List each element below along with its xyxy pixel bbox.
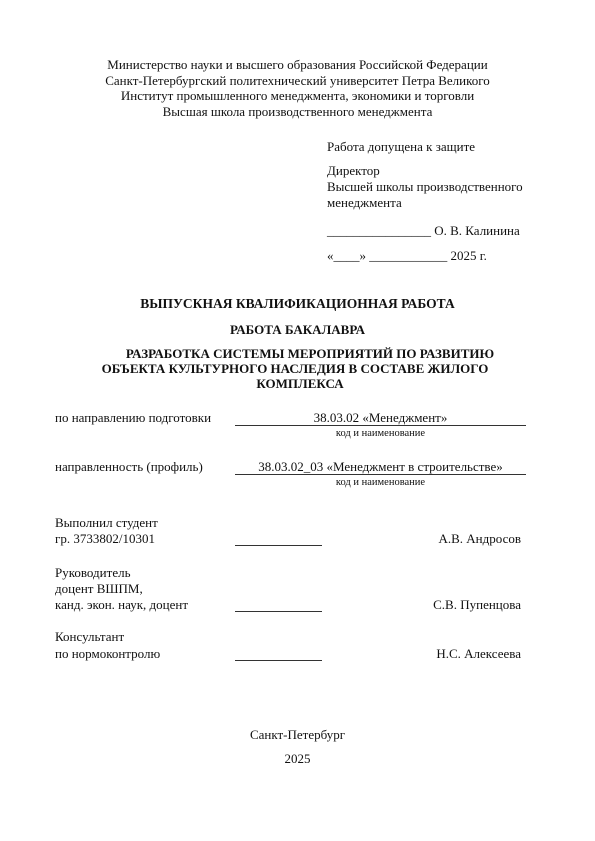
footer-year: 2025: [0, 751, 595, 766]
consultant-signature-line: [235, 660, 322, 661]
school-line: Высшая школа производственного менеджмен…: [0, 104, 595, 120]
director-signature-line: ________________ О. В. Калинина: [327, 223, 520, 238]
director-name: О. В. Калинина: [434, 223, 520, 238]
student-name: А.В. Андросов: [438, 531, 521, 546]
topic-line-3: КОМПЛЕКСА: [0, 376, 595, 391]
director-title: Директор: [327, 163, 380, 178]
supervisor-name: С.В. Пупенцова: [433, 597, 521, 612]
supervisor-signature-line: [235, 611, 322, 612]
direction-value: 38.03.02 «Менеджмент»: [235, 410, 526, 425]
direction-hint: код и наименование: [235, 426, 526, 441]
student-role-line2: гр. 3733802/10301: [55, 531, 155, 546]
admitted-text: Работа допущена к защите: [327, 139, 475, 154]
consultant-role-line1: Консультант: [55, 629, 124, 644]
institute-line: Институт промышленного менеджмента, экон…: [0, 88, 595, 104]
profile-hint: код и наименование: [235, 475, 526, 490]
supervisor-role-line3: канд. экон. наук, доцент: [55, 597, 188, 612]
profile-value: 38.03.02_03 «Менеджмент в строительстве»: [235, 459, 526, 474]
signature-blank: ________________: [327, 223, 431, 238]
date-day-blank: «____»: [327, 248, 366, 263]
student-role-line1: Выполнил студент: [55, 515, 158, 530]
topic-line-2: ОБЪЕКТА КУЛЬТУРНОГО НАСЛЕДИЯ В СОСТАВЕ Ж…: [0, 361, 590, 376]
footer-city: Санкт-Петербург: [0, 727, 595, 742]
date-month-blank: ____________: [369, 248, 447, 263]
work-type-title: ВЫПУСКНАЯ КВАЛИФИКАЦИОННАЯ РАБОТА: [0, 296, 595, 311]
university-line: Санкт-Петербургский политехнический унив…: [0, 73, 595, 89]
supervisor-role-line2: доцент ВШПМ,: [55, 581, 143, 596]
ministry-line: Министерство науки и высшего образования…: [0, 57, 595, 73]
student-signature-line: [235, 545, 322, 546]
director-school-line2: менеджмента: [327, 195, 402, 210]
consultant-role-line2: по нормоконтролю: [55, 646, 160, 661]
topic-line-1: РАЗРАБОТКА СИСТЕМЫ МЕРОПРИЯТИЙ ПО РАЗВИТ…: [0, 346, 595, 361]
profile-label: направленность (профиль): [55, 459, 203, 474]
degree-title: РАБОТА БАКАЛАВРА: [0, 322, 595, 337]
organization-header: Министерство науки и высшего образования…: [0, 57, 595, 119]
director-school-line1: Высшей школы производственного: [327, 179, 523, 194]
supervisor-role-line1: Руководитель: [55, 565, 131, 580]
consultant-name: Н.С. Алексеева: [436, 646, 521, 661]
direction-label: по направлению подготовки: [55, 410, 211, 425]
date-year: 2025 г.: [451, 248, 487, 263]
approval-date-line: «____» ____________ 2025 г.: [327, 248, 487, 263]
